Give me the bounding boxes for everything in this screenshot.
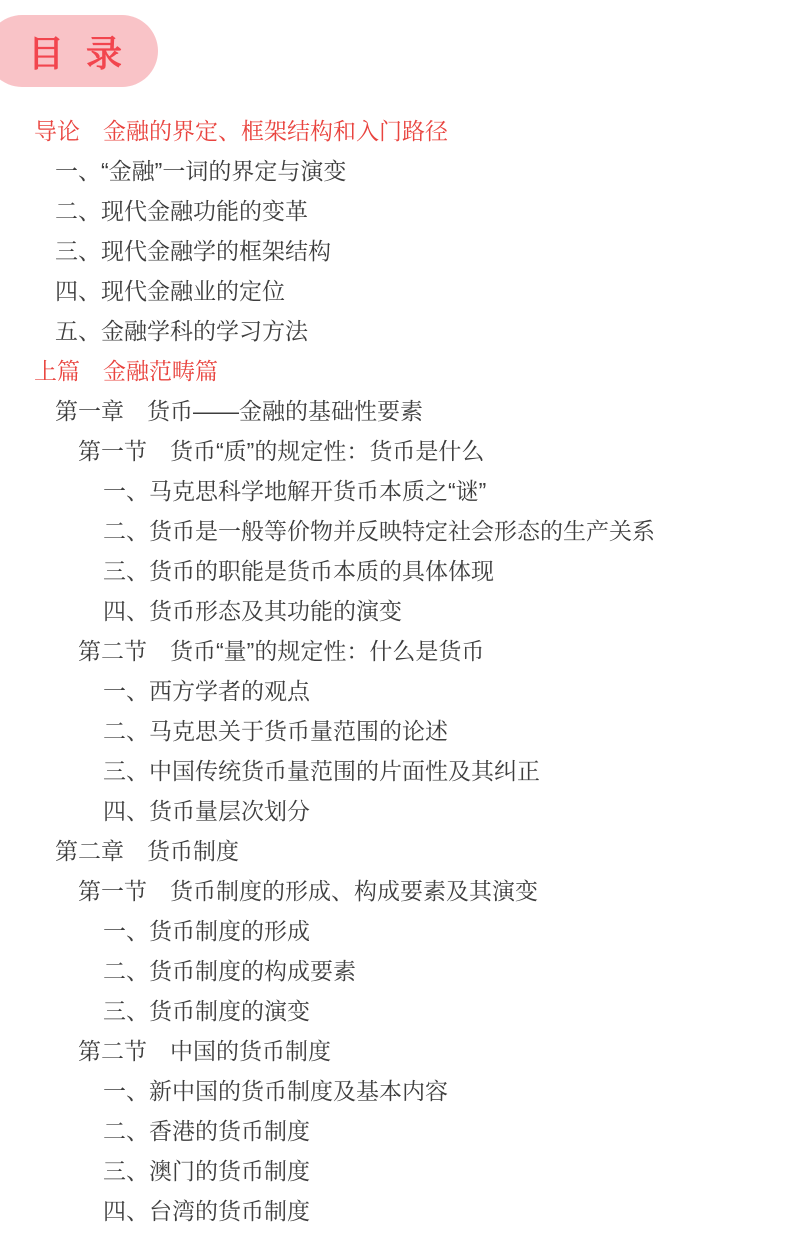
toc-entry: 四、台湾的货币制度 (0, 1191, 790, 1231)
toc-page: 目 录 导论 金融的界定、框架结构和入门路径一、“金融”一词的界定与演变二、现代… (0, 0, 790, 1233)
toc-entry: 一、“金融”一词的界定与演变 (0, 151, 790, 191)
toc-entry: 一、货币制度的形成 (0, 911, 790, 951)
toc-entry: 四、现代金融业的定位 (0, 271, 790, 311)
toc-entry: 一、新中国的货币制度及基本内容 (0, 1071, 790, 1111)
toc-entry: 三、现代金融学的框架结构 (0, 231, 790, 271)
toc-list: 导论 金融的界定、框架结构和入门路径一、“金融”一词的界定与演变二、现代金融功能… (0, 111, 790, 1231)
toc-section-heading: 第一节 货币“质”的规定性：货币是什么 (0, 431, 790, 471)
toc-part-heading: 导论 金融的界定、框架结构和入门路径 (0, 111, 790, 151)
toc-section-heading: 第一节 货币制度的形成、构成要素及其演变 (0, 871, 790, 911)
toc-chapter-heading: 第二章 货币制度 (0, 831, 790, 871)
toc-part-heading: 上篇 金融范畴篇 (0, 351, 790, 391)
toc-entry: 一、西方学者的观点 (0, 671, 790, 711)
toc-section-heading: 第二节 货币“量”的规定性：什么是货币 (0, 631, 790, 671)
toc-entry: 一、马克思科学地解开货币本质之“谜” (0, 471, 790, 511)
toc-chapter-heading: 第一章 货币——金融的基础性要素 (0, 391, 790, 431)
toc-entry: 三、澳门的货币制度 (0, 1151, 790, 1191)
toc-title-badge: 目 录 (0, 15, 158, 87)
toc-title: 目 录 (28, 26, 128, 77)
toc-entry: 四、货币形态及其功能的演变 (0, 591, 790, 631)
toc-entry: 三、中国传统货币量范围的片面性及其纠正 (0, 751, 790, 791)
toc-section-heading: 第二节 中国的货币制度 (0, 1031, 790, 1071)
toc-entry: 三、货币制度的演变 (0, 991, 790, 1031)
toc-entry: 二、香港的货币制度 (0, 1111, 790, 1151)
toc-entry: 五、金融学科的学习方法 (0, 311, 790, 351)
toc-entry: 二、现代金融功能的变革 (0, 191, 790, 231)
toc-entry: 二、马克思关于货币量范围的论述 (0, 711, 790, 751)
toc-entry: 四、货币量层次划分 (0, 791, 790, 831)
toc-entry: 二、货币是一般等价物并反映特定社会形态的生产关系 (0, 511, 790, 551)
toc-entry: 二、货币制度的构成要素 (0, 951, 790, 991)
toc-entry: 三、货币的职能是货币本质的具体体现 (0, 551, 790, 591)
